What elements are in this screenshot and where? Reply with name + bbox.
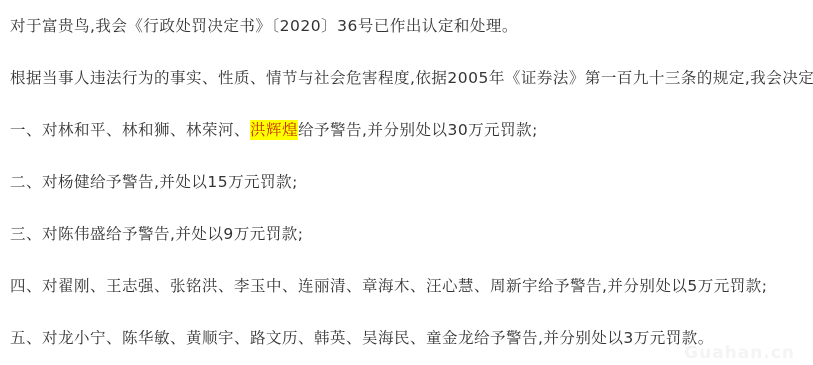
paragraph-item-3: 三、对陈伟盛给予警告,并处以9万元罚款;	[10, 224, 805, 245]
paragraph-item-4: 四、对翟刚、王志强、张铭洪、李玉中、连丽清、章海木、汪心慧、周新宇给予警告,并分…	[10, 276, 805, 297]
item-1-text-before: 一、对林和平、林和狮、林荣河、	[10, 121, 250, 139]
paragraph-legal-basis: 根据当事人违法行为的事实、性质、情节与社会危害程度,依据2005年《证券法》第一…	[10, 68, 805, 89]
paragraph-item-1: 一、对林和平、林和狮、林荣河、洪辉煌给予警告,并分别处以30万元罚款;	[10, 120, 805, 141]
paragraph-intro: 对于富贵鸟,我会《行政处罚决定书》〔2020〕36号已作出认定和处理。	[10, 16, 805, 37]
paragraph-item-2: 二、对杨健给予警告,并处以15万元罚款;	[10, 172, 805, 193]
item-1-text-after: 给予警告,并分别处以30万元罚款;	[298, 121, 538, 139]
highlighted-name: 洪辉煌	[250, 120, 298, 140]
penalty-decision-document: 对于富贵鸟,我会《行政处罚决定书》〔2020〕36号已作出认定和处理。 根据当事…	[0, 0, 813, 365]
site-watermark: Guahan.cn	[684, 343, 795, 363]
